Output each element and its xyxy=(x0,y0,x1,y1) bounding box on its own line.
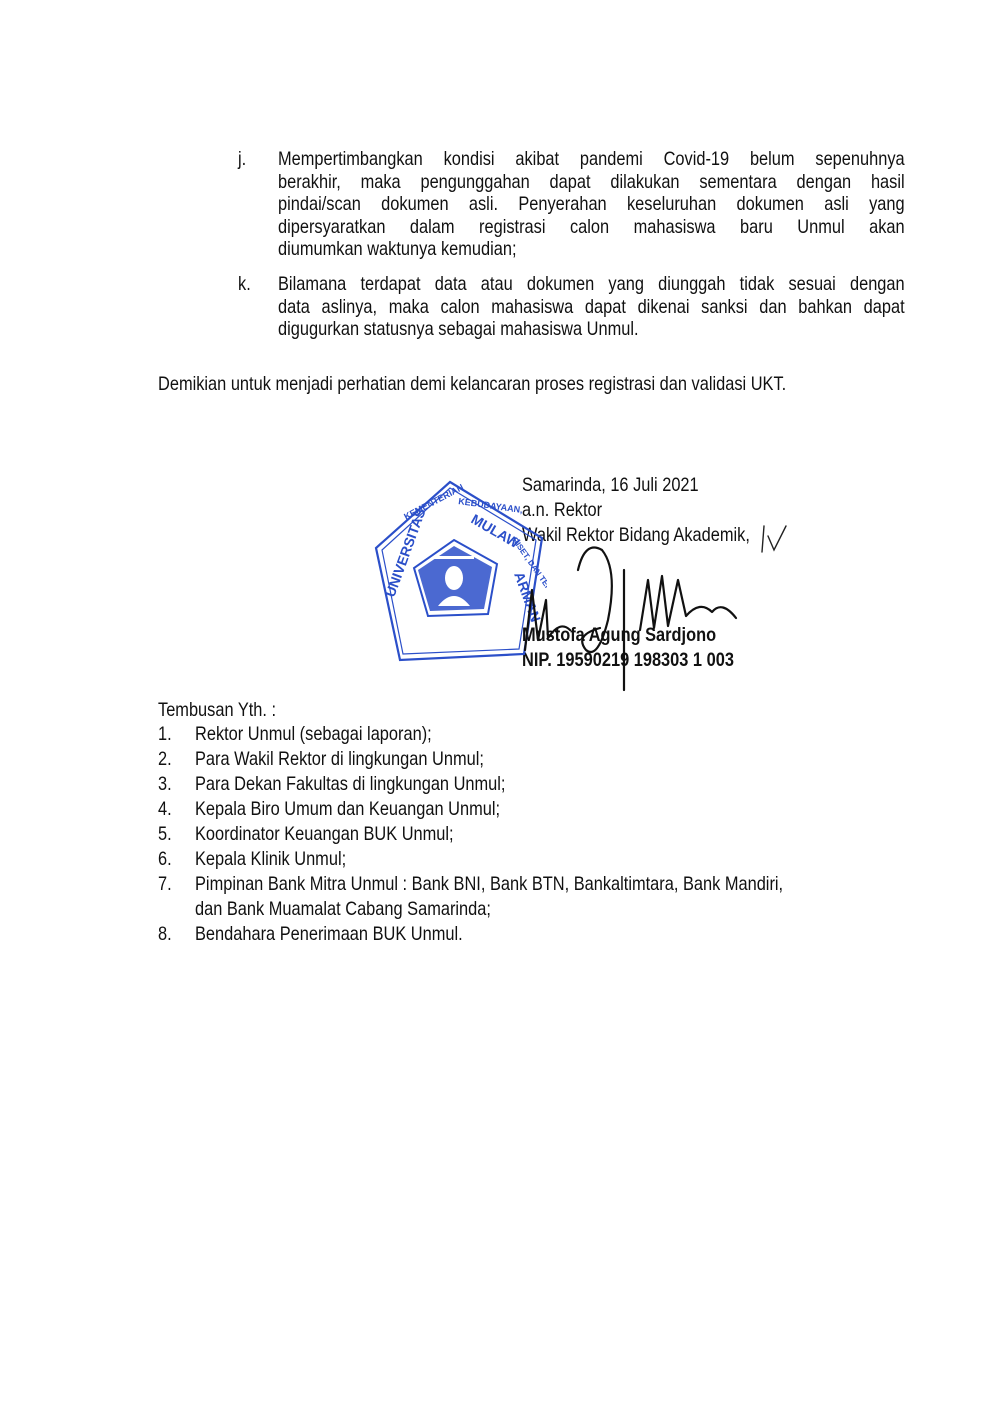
item-k-line: data aslinya, maka calon mahasiswa dapat… xyxy=(278,296,905,319)
cc-item: Rektor Unmul (sebagai laporan); xyxy=(195,723,432,745)
cc-item: Kepala Klinik Unmul; xyxy=(195,848,346,870)
place-date: Samarinda, 16 Juli 2021 xyxy=(522,474,699,496)
cc-number: 6. xyxy=(158,848,172,870)
cc-number: 7. xyxy=(158,873,172,895)
closing-paragraph: Demikian untuk menjadi perhatian demi ke… xyxy=(158,373,786,395)
item-j-line: dipersyaratkan dalam registrasi calon ma… xyxy=(278,216,905,239)
handwritten-signature-icon xyxy=(490,540,760,700)
cc-heading: Tembusan Yth. : xyxy=(158,699,276,721)
cc-number: 3. xyxy=(158,773,172,795)
cc-number: 1. xyxy=(158,723,172,745)
cc-item: Koordinator Keuangan BUK Unmul; xyxy=(195,823,454,845)
list-marker-k: k. xyxy=(238,273,251,295)
cc-item: Para Wakil Rektor di lingkungan Unmul; xyxy=(195,748,484,770)
item-j-line: Mempertimbangkan kondisi akibat pandemi … xyxy=(278,148,905,171)
item-j-line: pindai/scan dokumen asli. Penyerahan kes… xyxy=(278,193,905,216)
item-k-line: Bilamana terdapat data atau dokumen yang… xyxy=(278,273,905,296)
cc-item: Kepala Biro Umum dan Keuangan Unmul; xyxy=(195,798,500,820)
cc-number: 2. xyxy=(158,748,172,770)
cc-item-continuation: dan Bank Muamalat Cabang Samarinda; xyxy=(195,898,491,920)
paraph-initial-icon xyxy=(758,522,794,556)
item-j-line: berakhir, maka pengunggahan dapat dilaku… xyxy=(278,171,905,194)
cc-number: 4. xyxy=(158,798,172,820)
cc-number: 5. xyxy=(158,823,172,845)
cc-item: Bendahara Penerimaan BUK Unmul. xyxy=(195,923,463,945)
cc-item: Para Dekan Fakultas di lingkungan Unmul; xyxy=(195,773,505,795)
item-j-line: diumumkan waktunya kemudian; xyxy=(278,238,905,261)
item-k-line: digugurkan statusnya sebagai mahasiswa U… xyxy=(278,318,905,341)
list-marker-j: j. xyxy=(238,148,246,170)
cc-item: Pimpinan Bank Mitra Unmul : Bank BNI, Ba… xyxy=(195,873,783,895)
cc-number: 8. xyxy=(158,923,172,945)
item-k-text: Bilamana terdapat data atau dokumen yang… xyxy=(278,273,905,341)
item-j-text: Mempertimbangkan kondisi akibat pandemi … xyxy=(278,148,905,261)
